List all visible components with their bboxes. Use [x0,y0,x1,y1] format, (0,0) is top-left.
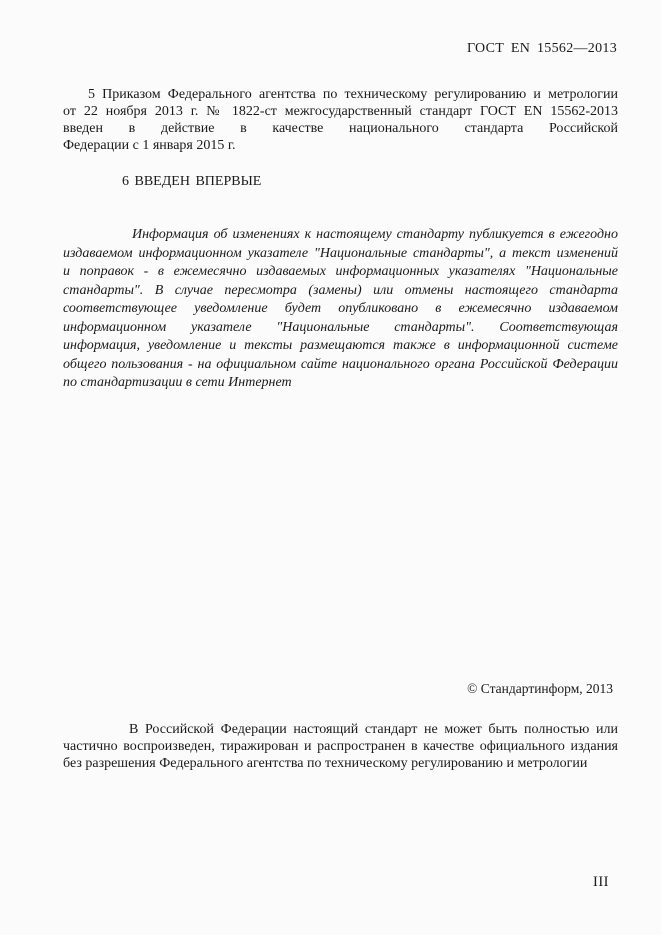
text-line: В Российской Федерации настоящий стандар… [63,721,618,738]
text-line: Информация об изменениях к настоящему ст… [63,226,618,245]
text-line: без разрешения Федерального агентства по… [63,755,618,772]
clause-5-paragraph: 5 Приказом Федерального агентства по тех… [63,86,618,154]
text-line: частично воспроизведен, тиражирован и ра… [63,738,618,755]
text-line: введен в действие в качестве национально… [63,120,618,137]
text-line: издаваемом информационном указателе "Нац… [63,245,618,264]
text-line: по стандартизации в сети Интернет [63,374,618,393]
reproduction-restriction-paragraph: В Российской Федерации настоящий стандар… [63,721,618,772]
document-page: ГОСТ EN 15562—2013 5 Приказом Федерально… [0,0,661,935]
standard-code-header: ГОСТ EN 15562—2013 [63,41,617,56]
text-line: информационном указателе "Национальные с… [63,319,618,338]
text-line: от 22 ноября 2013 г. № 1822-ст межгосуда… [63,103,618,120]
text-line: соответствующее уведомление будет опубли… [63,300,618,319]
amendment-notice-paragraph: Информация об изменениях к настоящему ст… [63,226,618,393]
text-line: общего пользования - на официальном сайт… [63,356,618,375]
page-number: III [63,874,609,890]
text-line: информация, уведомление и тексты размеща… [63,337,618,356]
text-line: стандарты". В случае пересмотра (замены)… [63,282,618,301]
text-line: и поправок - в ежемесячно издаваемых инф… [63,263,618,282]
copyright-line: © Стандартинформ, 2013 [63,681,613,696]
clause-6-heading: 6 ВВЕДЕН ВПЕРВЫЕ [122,174,618,190]
text-line: 5 Приказом Федерального агентства по тех… [63,86,618,103]
text-line: Федерации с 1 января 2015 г. [63,137,618,154]
